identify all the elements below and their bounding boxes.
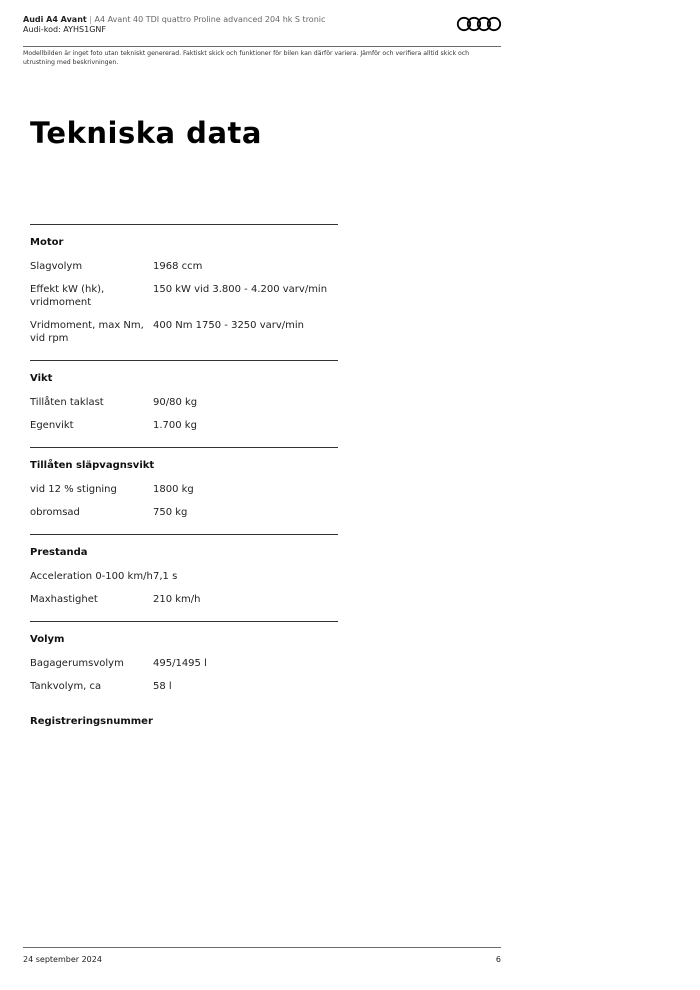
page-title: Tekniska data — [30, 116, 262, 150]
header-divider — [23, 46, 501, 47]
spec-label: Slagvolym — [30, 260, 153, 273]
spec-value: 1968 ccm — [153, 260, 338, 273]
audi-code: Audi-kod: AYHS1GNF — [23, 25, 501, 35]
disclaimer-text: Modellbilden är inget foto utan tekniskt… — [23, 49, 501, 67]
spec-row: Vridmoment, max Nm, vid rpm400 Nm 1750 -… — [30, 319, 338, 345]
spec-row: Egenvikt1.700 kg — [30, 419, 338, 432]
spec-section: ViktTillåten taklast90/80 kgEgenvikt1.70… — [30, 360, 338, 447]
document-header: Audi A4 Avant | A4 Avant 40 TDI quattro … — [23, 15, 501, 35]
section-title: Tillåten släpvagnsvikt — [30, 459, 338, 473]
spec-row: Slagvolym1968 ccm — [30, 260, 338, 273]
footer-date: 24 september 2024 — [23, 955, 102, 964]
spec-section: Tillåten släpvagnsviktvid 12 % stigning1… — [30, 447, 338, 534]
registration-heading: Registreringsnummer — [30, 715, 153, 729]
spec-row: Effekt kW (hk), vridmoment150 kW vid 3.8… — [30, 283, 338, 309]
spec-label: Bagagerumsvolym — [30, 657, 153, 670]
model-name: Audi A4 Avant — [23, 15, 87, 24]
spec-label: Vridmoment, max Nm, vid rpm — [30, 319, 153, 345]
spec-value: 7,1 s — [153, 570, 338, 583]
spec-value: 1.700 kg — [153, 419, 338, 432]
section-title: Motor — [30, 236, 338, 250]
spec-value: 1800 kg — [153, 483, 338, 496]
spec-label: Tillåten taklast — [30, 396, 153, 409]
section-title: Vikt — [30, 372, 338, 386]
spec-section: VolymBagagerumsvolym495/1495 lTankvolym,… — [30, 621, 338, 708]
separator: | — [89, 15, 92, 24]
spec-value: 90/80 kg — [153, 396, 338, 409]
spec-row: Acceleration 0-100 km/h7,1 s — [30, 570, 338, 583]
spec-label: Effekt kW (hk), vridmoment — [30, 283, 153, 309]
spec-label: Tankvolym, ca — [30, 680, 153, 693]
spec-row: Tillåten taklast90/80 kg — [30, 396, 338, 409]
spec-label: Acceleration 0-100 km/h — [30, 570, 153, 583]
spec-value: 58 l — [153, 680, 338, 693]
footer-divider — [23, 947, 501, 948]
spec-table: MotorSlagvolym1968 ccmEffekt kW (hk), vr… — [30, 224, 338, 708]
spec-section: PrestandaAcceleration 0-100 km/h7,1 sMax… — [30, 534, 338, 621]
spec-label: Egenvikt — [30, 419, 153, 432]
spec-label: vid 12 % stigning — [30, 483, 153, 496]
spec-section: MotorSlagvolym1968 ccmEffekt kW (hk), vr… — [30, 224, 338, 360]
spec-value: 210 km/h — [153, 593, 338, 606]
spec-row: Tankvolym, ca58 l — [30, 680, 338, 693]
spec-value: 750 kg — [153, 506, 338, 519]
variant-name: A4 Avant 40 TDI quattro Proline advanced… — [95, 15, 326, 24]
spec-value: 400 Nm 1750 - 3250 varv/min — [153, 319, 338, 345]
page-number: 6 — [480, 955, 501, 964]
audi-rings-logo-icon — [456, 16, 502, 32]
section-title: Volym — [30, 633, 338, 647]
spec-label: obromsad — [30, 506, 153, 519]
spec-row: Bagagerumsvolym495/1495 l — [30, 657, 338, 670]
spec-row: vid 12 % stigning1800 kg — [30, 483, 338, 496]
spec-label: Maxhastighet — [30, 593, 153, 606]
spec-value: 150 kW vid 3.800 - 4.200 varv/min — [153, 283, 338, 309]
spec-row: Maxhastighet210 km/h — [30, 593, 338, 606]
spec-row: obromsad750 kg — [30, 506, 338, 519]
spec-value: 495/1495 l — [153, 657, 338, 670]
section-title: Prestanda — [30, 546, 338, 560]
model-line: Audi A4 Avant | A4 Avant 40 TDI quattro … — [23, 15, 501, 25]
